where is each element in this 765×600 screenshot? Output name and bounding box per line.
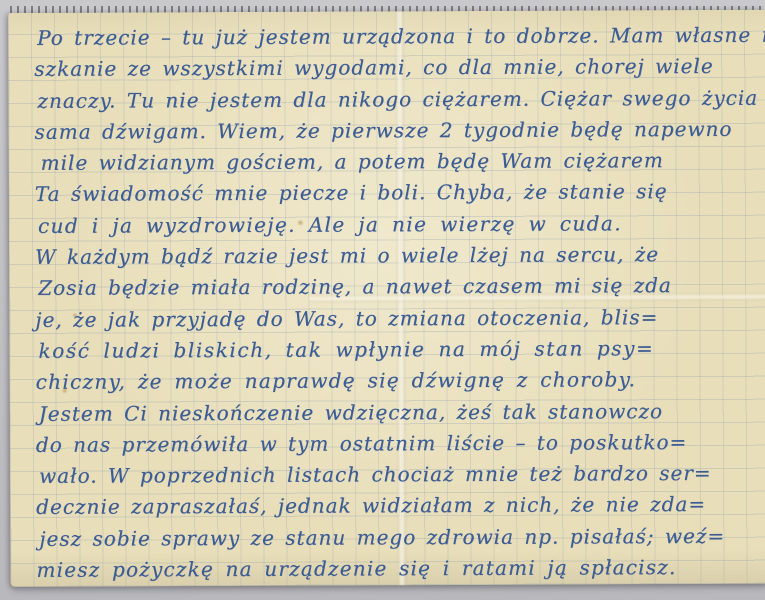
scanned-letter-scene: Po trzecie – tu już jestem urządzona i t… (0, 0, 765, 600)
handwriting-line: Po trzecie – tu już jestem urządzona i t… (37, 20, 758, 54)
handwritten-text-block: Po trzecie – tu już jestem urządzona i t… (34, 20, 760, 586)
handwriting-line: miesz pożyczkę na urządzenie się i ratam… (36, 552, 760, 586)
handwriting-line: decznie zapraszałaś, jednak widziałam z … (36, 489, 760, 523)
handwriting-line: chiczny, że może naprawdę się dźwignę z … (36, 364, 760, 398)
handwriting-line: znaczy. Tu nie jestem dla nikogo ciężare… (37, 82, 758, 116)
handwriting-line: Jestem Ci nieskończenie wdzięczna, żeś t… (39, 395, 760, 429)
handwriting-line: je, że jak przyjadę do Was, to zmiana ot… (35, 301, 759, 335)
handwriting-line: wało. W poprzednich listach chociaż mnie… (39, 458, 760, 492)
handwriting-line: W każdym bądź razie jest mi o wiele lżej… (35, 239, 759, 273)
handwriting-line: kość ludzi bliskich, tak wpłynie na mój … (38, 333, 759, 367)
handwriting-line: Ta świadomość mnie piecze i boli. Chyba,… (35, 176, 759, 210)
handwriting-line: szkanie ze wszystkimi wygodami, co dla m… (34, 51, 758, 85)
handwriting-line: sama dźwigam. Wiem, że pierwsze 2 tygodn… (34, 114, 758, 148)
letter-page: Po trzecie – tu już jestem urządzona i t… (8, 10, 765, 587)
handwriting-line: do nas przemówiła w tym ostatnim liście … (36, 427, 760, 461)
handwriting-line: jesz sobie sprawy ze stanu mego zdrowia … (39, 520, 760, 554)
handwriting-line: Zosia będzie miała rodzinę, a nawet czas… (38, 270, 759, 304)
handwriting-line: cud i ja wyzdrowieję. Ale ja nie wierzę … (38, 208, 759, 242)
handwriting-line: mile widzianym gościem, a potem będę Wam… (41, 145, 759, 179)
